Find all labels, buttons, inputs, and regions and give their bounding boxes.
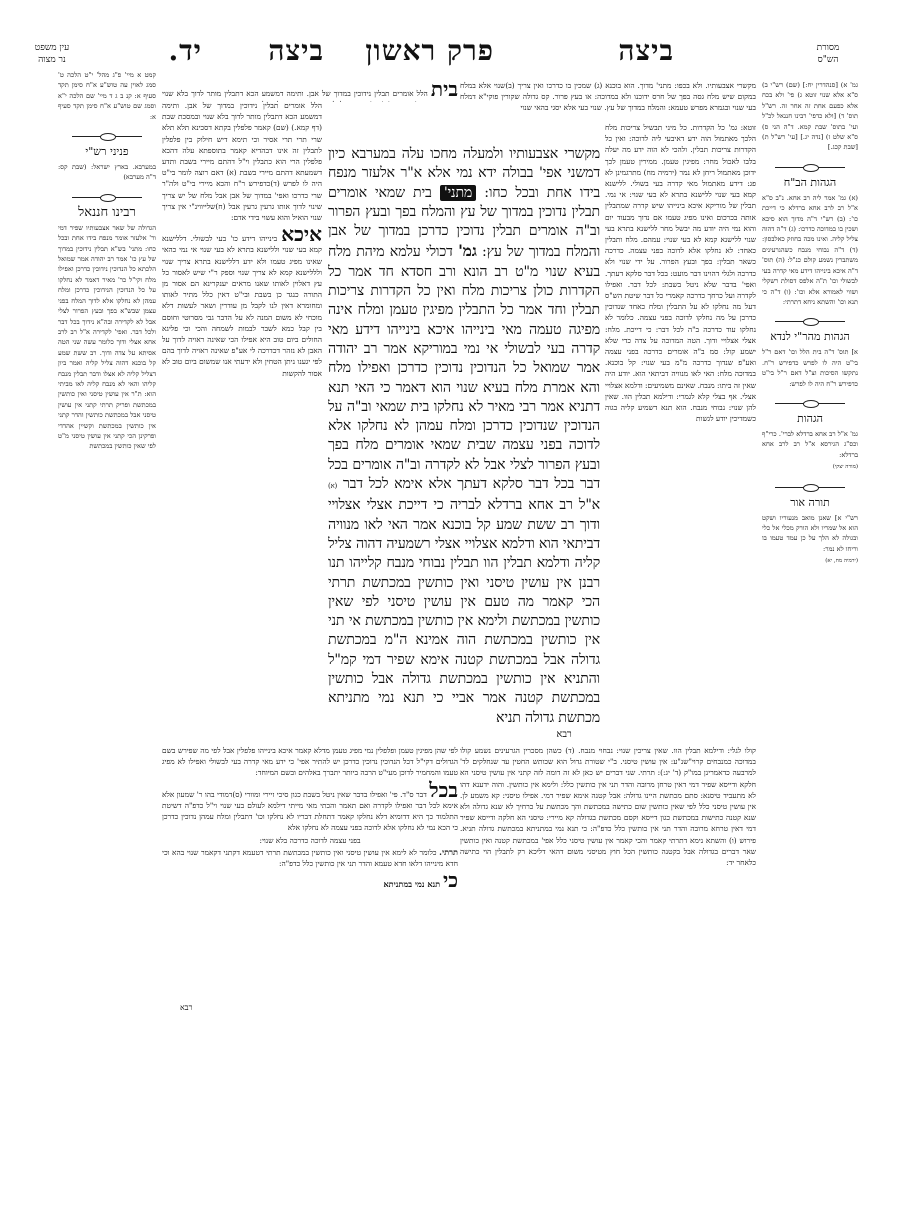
ornament-divider bbox=[72, 193, 142, 201]
rashi-top: מקשרי אצבעותיו. ולא בכפו: מתני' מדוך. הו… bbox=[460, 80, 756, 122]
hagahot-title: הגהות bbox=[762, 411, 858, 427]
masoret-hashas-label: מסורת הש"ס bbox=[798, 42, 858, 66]
gemara-segment: מקשרי אצבעותיו ולמעלה bbox=[457, 146, 600, 162]
rabbenu-chananel-text: הגדולה של שאר אצבעותיו שפיר דמי ור' אלעז… bbox=[58, 223, 156, 452]
tosafot-text: לפי שהן מפיגין טעמן ופלפלין נמי מפיג טעמ… bbox=[162, 745, 458, 779]
tosafot-text: דבר ס"ד. פי' ואפילו בדבר שאין ניטל בשבת … bbox=[162, 790, 458, 833]
perek-title: פרק ראשון bbox=[365, 34, 494, 68]
tosafot-dibur-hamatchil: בית bbox=[431, 80, 458, 101]
tosafot-dibur-hamatchil: איכא bbox=[281, 222, 322, 246]
gloss-marker: (א) bbox=[328, 482, 337, 490]
catchword-bottom: רבא bbox=[180, 1003, 193, 1012]
tosafot-top: בית הלל אומרים תבלין נידוכין במדוך של אב… bbox=[162, 80, 458, 102]
gemara-segment: א"ל רב אחא ברדלא לבריה bbox=[444, 497, 600, 513]
bach-title: הגהות הב"ח bbox=[762, 175, 858, 191]
torah-or-title: תורה אור bbox=[762, 495, 858, 511]
tosafot-ika: איכא בינייהו דידע כו' בעי לבשולי. דללישנ… bbox=[162, 225, 322, 379]
tosafot-text: כלומר לא לימא אין עושין טיסני ואין כותשי… bbox=[162, 848, 458, 868]
pninei-rashi-text: במערבא. בארץ ישראל: (שבת קס: ד"ה מערבא) bbox=[58, 162, 156, 183]
mishnah-marker: מתני' bbox=[440, 185, 476, 201]
tosafot-tarti: תרתי. כלומר לא לימא אין עושין טיסני ואין… bbox=[162, 847, 458, 869]
gemara-text: מקשרי אצבעותיו ולמעלה מחכו עלה במערבא כי… bbox=[328, 145, 600, 740]
tosafot-text: בפני עצמה לדוכה כדרכה בלא שנוי: bbox=[162, 835, 458, 846]
catchword: רבא bbox=[328, 728, 600, 740]
torah-or-text: רש"י א] שאנן מואב מנעוריו ושקט הוא אל שמ… bbox=[762, 513, 858, 555]
daf-number: יד. bbox=[168, 34, 202, 68]
ein-mishpat-column: קמט א מיי' פ"ג מהל' י"ט הלכה ט' סמג לאוי… bbox=[58, 70, 156, 630]
gra-text: א] תוס' ד"ה בית הלל וכו' דאם ר"ל בי"ט הי… bbox=[762, 347, 858, 389]
masoret-references: גמ' א) [סנהדרין יח:] (שם) רש"י ב) ס"א אל… bbox=[762, 80, 858, 153]
ornament-divider bbox=[72, 132, 142, 140]
gemara-segment: כל התבלין מפיגין טעמן ומלח אינה מפיגה טע… bbox=[328, 302, 600, 492]
ein-mishpat-references: קמט א מיי' פ"ג מהל' י"ט הלכה ט' סמג לאוי… bbox=[58, 70, 156, 122]
masechta-name-left: ביצה bbox=[268, 34, 324, 68]
gemara-marker: גמ' bbox=[458, 241, 477, 260]
hagahot-text: גמ' א"ל רב אחא ברדלא לברי'. כרי"ף וכס"ג … bbox=[762, 429, 858, 460]
ein-mishpat-label: עין משפט נר מצוה bbox=[22, 42, 82, 66]
ornament-divider bbox=[775, 483, 845, 491]
masoret-column: גמ' א) [סנהדרין יח:] (שם) רש"י ב) ס"א אל… bbox=[762, 80, 858, 840]
gra-title: הגהות מהר"י לנדא bbox=[762, 329, 858, 345]
tosafot-bet-hillel: הלל אומרים תבלין נידוכין במדוך של אבן. ו… bbox=[162, 100, 322, 223]
bach-text: (א) גמ' אמר ליה רב אחא. נ"ב ס"א א"ל רב ל… bbox=[762, 193, 858, 307]
rabbenu-chananel-title: רבינו חננאל bbox=[58, 205, 156, 221]
rashi-side: זוטא: גמ' כל הקדרות. כל מיני תבשיל צריכו… bbox=[605, 122, 756, 742]
ornament-divider bbox=[775, 399, 845, 407]
tosafot-dibur-hamatchil: תרתי. bbox=[439, 847, 458, 857]
tosafot-dibur-hamatchil: כי bbox=[443, 868, 458, 892]
hagahot-source: (מורה יצקי) bbox=[762, 462, 858, 472]
tosafot-bottom: לפי שהן מפיגין טעמן ופלפלין נמי מפיג טעמ… bbox=[162, 745, 458, 945]
pninei-rashi-title: פניני רש"י bbox=[58, 144, 156, 160]
torah-or-source: (ירמיה מח, יא) bbox=[762, 556, 858, 566]
tosafot-text: בינייהו דידע כו' בעי לבשולי. דללישנא קמא… bbox=[162, 234, 322, 377]
gemara-segment: כי דייכת אצלי אצלויי ודוך רב ששת שמע קל … bbox=[328, 497, 600, 725]
tosafot-side: הלל אומרים תבלין נידוכין במדוך של אבן. ו… bbox=[162, 100, 322, 740]
tosafot-dibur-hamatchil: בכל bbox=[429, 778, 458, 802]
rashi-bottom: קולו לגלי: ודילמא תבלין הוו. שאין צריכין… bbox=[460, 745, 756, 945]
tosafot-text: תנא נמי במתניתא bbox=[383, 879, 443, 889]
ornament-divider bbox=[775, 163, 845, 171]
ornament-divider bbox=[775, 317, 845, 325]
tosafot-ki-tana: כי תנא נמי במתניתא bbox=[162, 871, 458, 890]
tosafot-text: הלל אומרים תבלין נידוכין במדוך של אבן. ו… bbox=[162, 101, 322, 222]
tosafot-bekhol: בכל דבר ס"ד. פי' ואפילו בדבר שאין ניטל ב… bbox=[162, 781, 458, 834]
masechta-name-right: ביצה bbox=[618, 34, 674, 68]
